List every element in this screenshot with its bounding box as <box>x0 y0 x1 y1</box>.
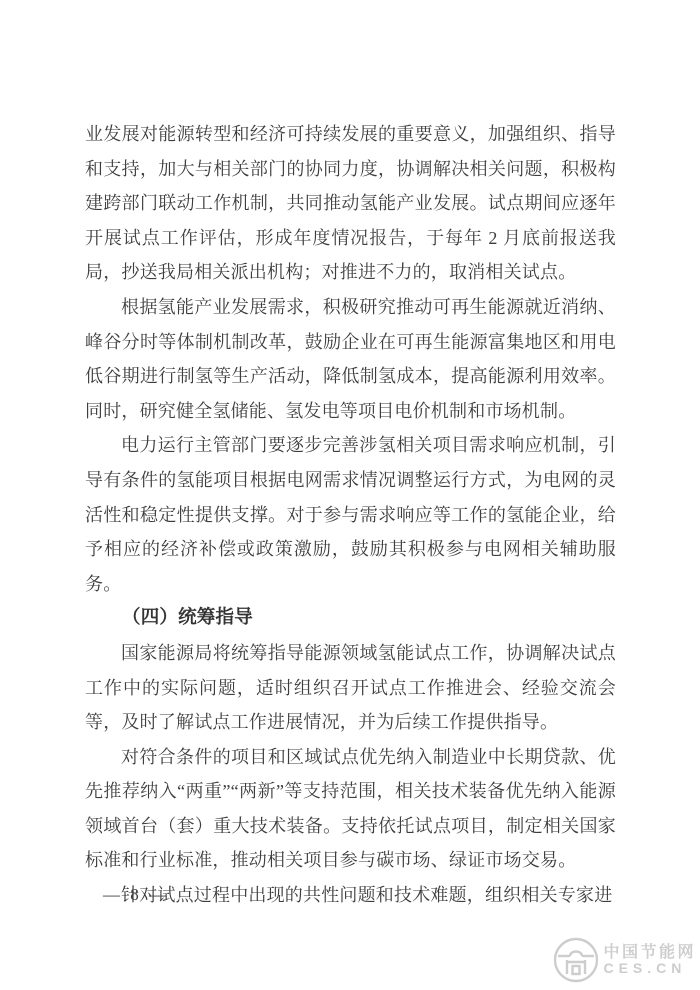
paragraph: 根据氢能产业发展需求，积极研究推动可再生能源就近消纳、峰谷分时等体制机制改革，鼓… <box>85 290 616 428</box>
ces-logo-icon <box>552 936 600 984</box>
page-number: — 8 — <box>103 885 169 905</box>
paragraph: 国家能源局将统筹指导能源领域氢能试点工作，协调解决试点工作中的实际问题，适时组织… <box>85 636 616 740</box>
paragraph: 电力运行主管部门要逐步完善涉氢相关项目需求响应机制，引导有条件的氢能项目根据电网… <box>85 428 616 601</box>
paragraph-continuation: 业发展对能源转型和经济可持续发展的重要意义，加强组织、指导和支持，加大与相关部门… <box>85 117 616 290</box>
paragraph: 对符合条件的项目和区域试点优先纳入制造业中长期贷款、优先推荐纳入“两重”“两新”… <box>85 740 616 878</box>
watermark-site-name: 中国节能网 <box>603 944 696 962</box>
section-heading: （四）统筹指导 <box>85 601 616 636</box>
document-body: 业发展对能源转型和经济可持续发展的重要意义，加强组织、指导和支持，加大与相关部门… <box>85 117 616 913</box>
document-page: 业发展对能源转型和经济可持续发展的重要意义，加强组织、指导和支持，加大与相关部门… <box>0 0 700 990</box>
watermark-site-domain: CES.CN <box>603 961 696 976</box>
watermark-text: 中国节能网 CES.CN <box>603 944 696 977</box>
watermark: 中国节能网 CES.CN <box>552 936 696 984</box>
